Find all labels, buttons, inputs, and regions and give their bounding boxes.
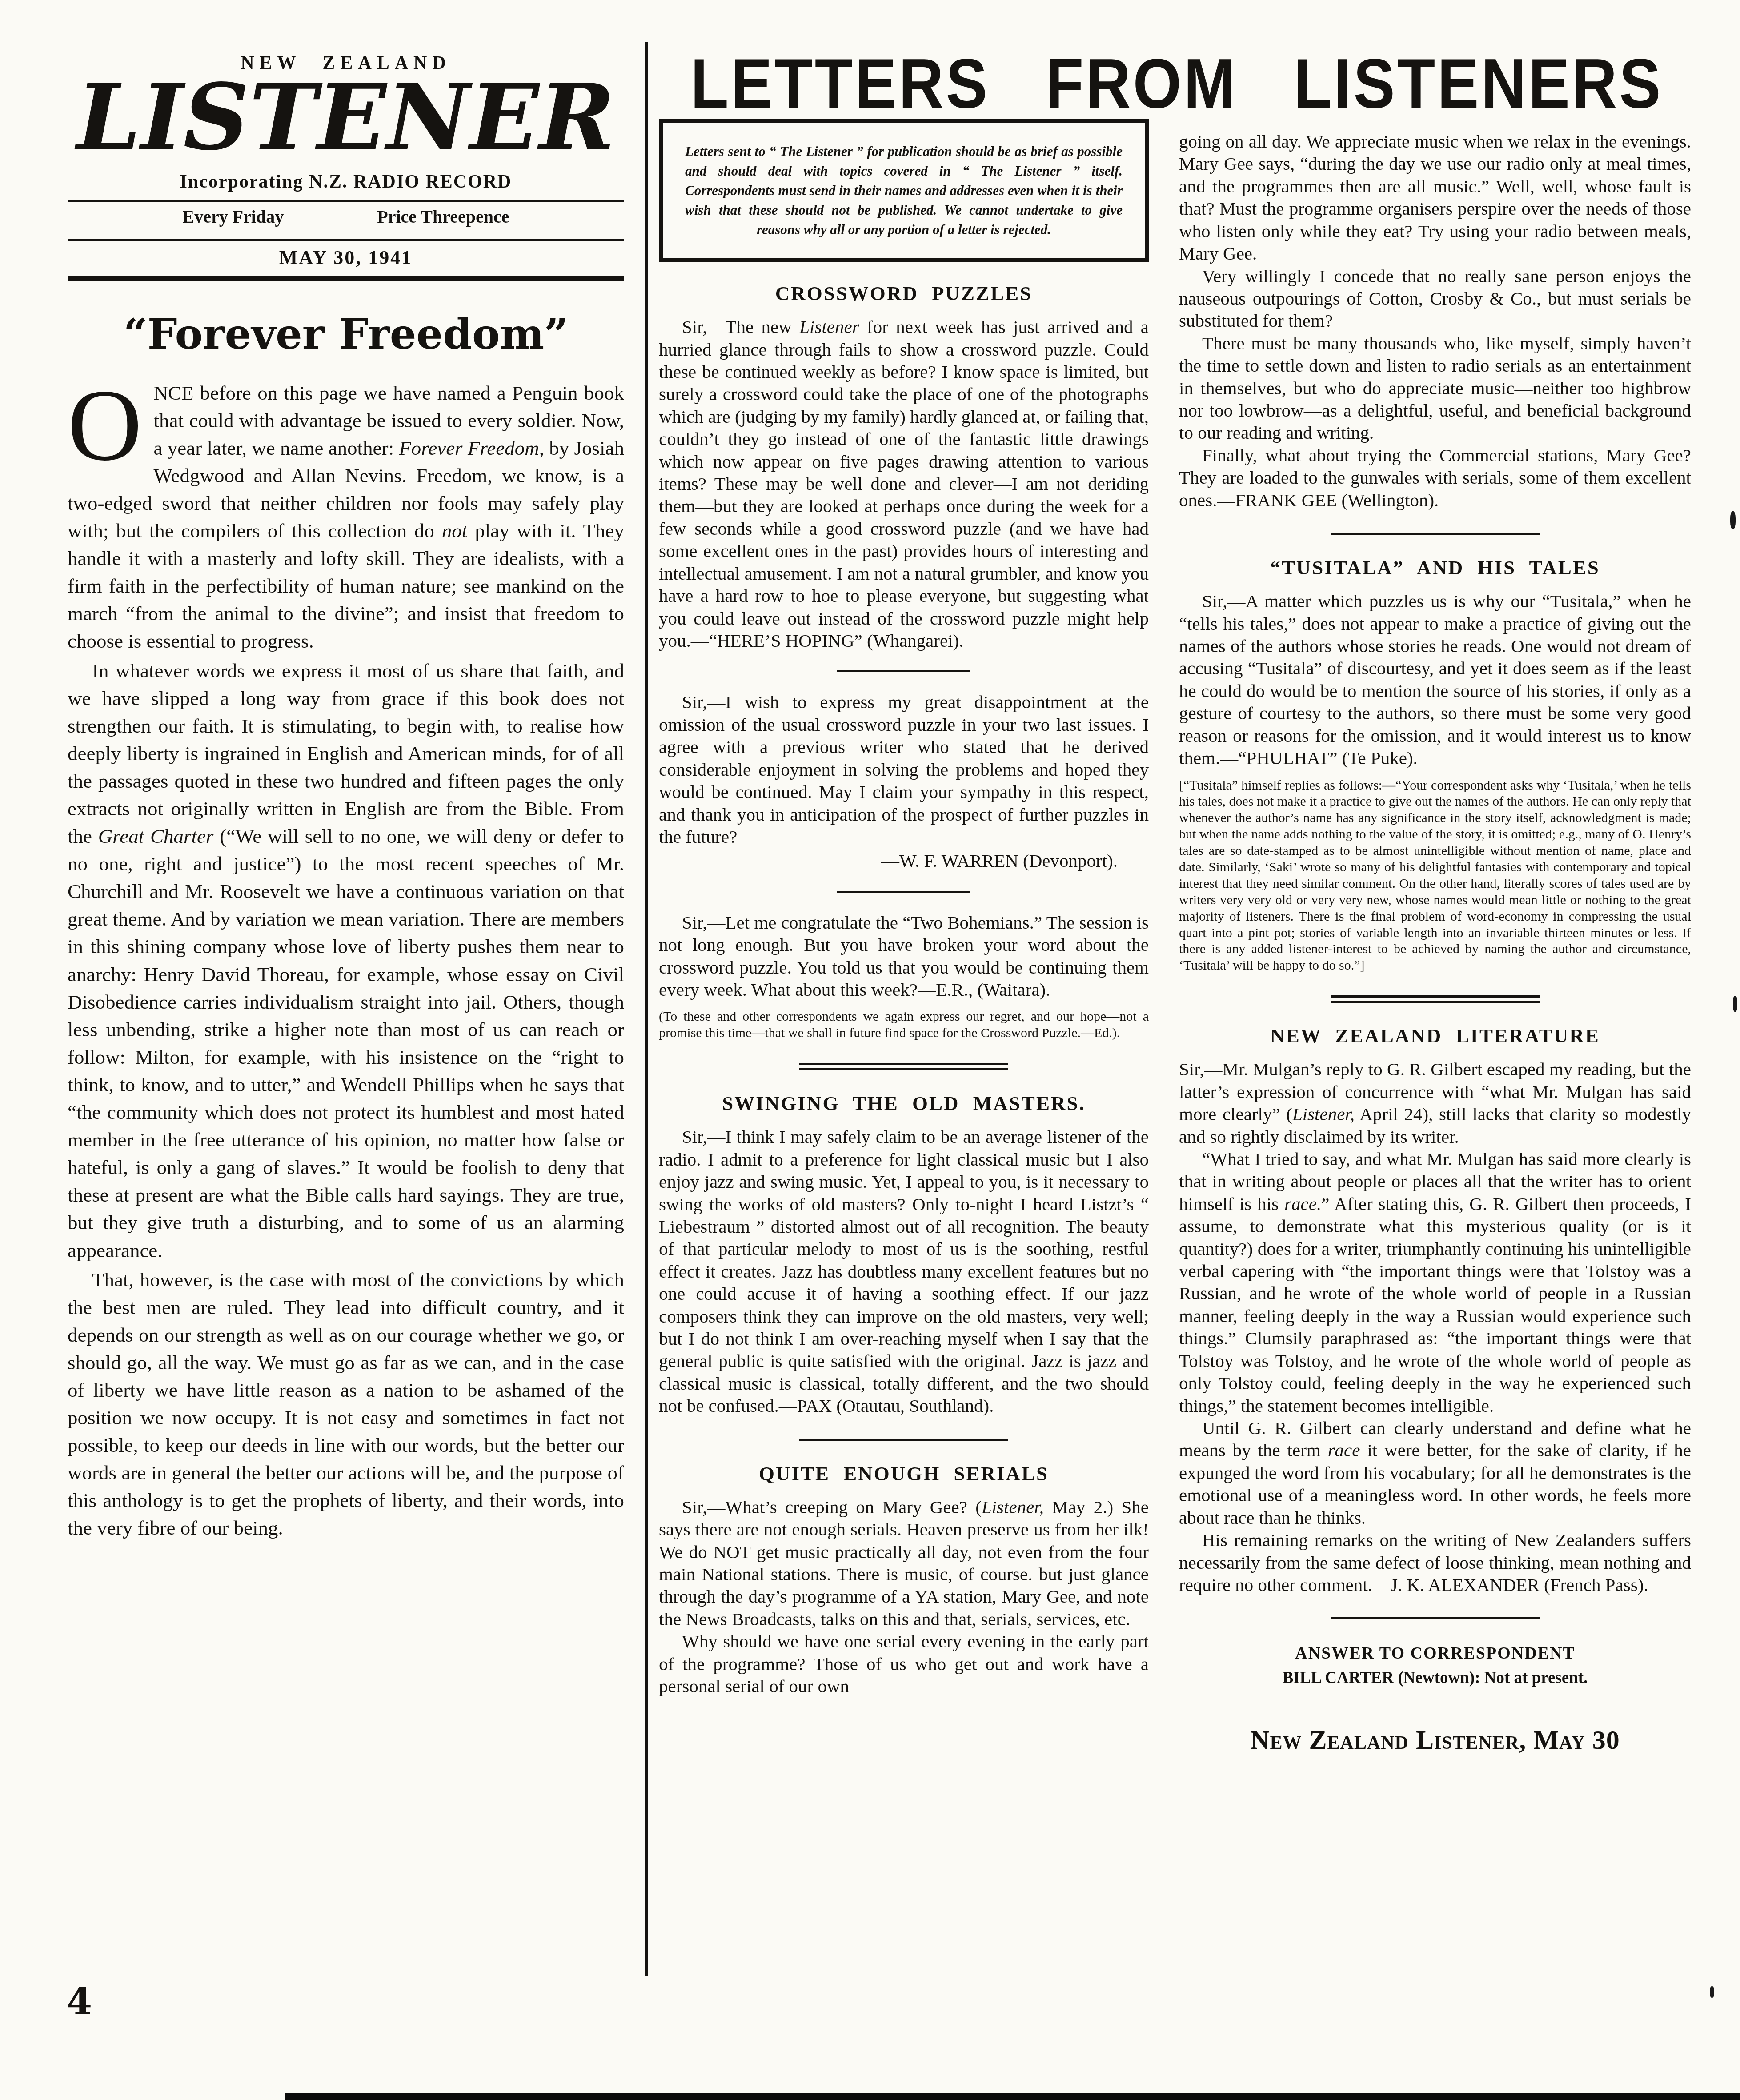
letter-serials-continued: going on all day. We appreciate music wh… xyxy=(1179,130,1691,511)
section-divider-rule xyxy=(799,1063,1008,1070)
letter-text: Why should we have one serial every even… xyxy=(659,1630,1149,1697)
tusitala-editor-reply: [“Tusitala” himself replies as follows:—… xyxy=(1179,777,1691,974)
section-heading-tusitala: “TUSITALA” AND HIS TALES xyxy=(1179,556,1691,579)
letter-swinging: Sir,—I think I may safely claim to be an… xyxy=(659,1126,1149,1417)
section-divider-rule xyxy=(1331,533,1540,535)
section-heading-swinging: SWINGING THE OLD MASTERS. xyxy=(659,1092,1149,1115)
letter-divider-rule xyxy=(837,670,970,672)
letter-text: Until G. R. Gilbert can clearly understa… xyxy=(1179,1417,1691,1529)
drop-cap: O xyxy=(68,379,154,466)
masthead-price: Price Threepence xyxy=(377,206,509,227)
masthead-subtitle: Incorporating N.Z. RADIO RECORD xyxy=(68,171,624,192)
letter-crossword-2: Sir,—I wish to express my great disappoi… xyxy=(659,691,1149,872)
ink-speck xyxy=(1730,511,1736,529)
masthead-date: MAY 30, 1941 xyxy=(68,241,624,276)
letter-text: Sir,—I wish to express my great disappoi… xyxy=(659,691,1149,848)
section-heading-nz-literature: NEW ZEALAND LITERATURE xyxy=(1179,1024,1691,1047)
answer-to-correspondent-line: BILL CARTER (Newtown): Not at present. xyxy=(1179,1668,1691,1687)
editorial-body: ONCE before on this page we have named a… xyxy=(68,379,624,1542)
newspaper-page: LETTERS FROM LISTENERS NEW ZEALAND LISTE… xyxy=(0,0,1740,2100)
masthead-title: LISTENER xyxy=(68,76,624,160)
letter-text: Sir,—The new Listener for next week has … xyxy=(659,316,1149,652)
letter-text: Sir,—What’s creeping on Mary Gee? (Liste… xyxy=(659,1496,1149,1631)
ink-speck xyxy=(1733,996,1737,1012)
section-divider-rule xyxy=(1331,995,1540,1003)
section-heading-serials: QUITE ENOUGH SERIALS xyxy=(659,1462,1149,1485)
letter-text: His remaining remarks on the writing of … xyxy=(1179,1529,1691,1596)
letter-text: Sir,—I think I may safely claim to be an… xyxy=(659,1126,1149,1417)
editorial-paragraph: That, however, is the case with most of … xyxy=(68,1266,624,1542)
editorial-paragraph-lead: ONCE before on this page we have named a… xyxy=(68,379,624,655)
page-footer: New Zealand Listener, May 30 xyxy=(1179,1725,1691,1755)
page-title: LETTERS FROM LISTENERS xyxy=(658,44,1696,124)
letter-crossword-1: Sir,—The new Listener for next week has … xyxy=(659,316,1149,652)
letter-text: Sir,—A matter which puzzles us is why ou… xyxy=(1179,590,1691,769)
masthead-rule-bottom xyxy=(68,276,624,281)
letter-text: going on all day. We appreciate music wh… xyxy=(1179,130,1691,265)
letter-serials: Sir,—What’s creeping on Mary Gee? (Liste… xyxy=(659,1496,1149,1698)
editor-note: (To these and other correspondents we ag… xyxy=(659,1009,1149,1042)
letters-notice-box: Letters sent to “ The Listener ” for pub… xyxy=(659,119,1149,262)
ink-speck xyxy=(1710,1986,1714,1998)
letter-text: Very willingly I concede that no really … xyxy=(1179,265,1691,332)
masthead: NEW ZEALAND LISTENER Incorporating N.Z. … xyxy=(68,52,624,281)
section-divider-rule xyxy=(799,1439,1008,1441)
letter-divider-rule xyxy=(837,891,970,893)
editorial-column: NEW ZEALAND LISTENER Incorporating N.Z. … xyxy=(68,52,624,1542)
letters-column-right: going on all day. We appreciate music wh… xyxy=(1179,130,1691,1755)
letter-text: Finally, what about trying the Commercia… xyxy=(1179,444,1691,511)
page-number: 4 xyxy=(67,1980,92,2023)
letter-text: Sir,—Mr. Mulgan’s reply to G. R. Gilbert… xyxy=(1179,1058,1691,1148)
letter-nz-literature: Sir,—Mr. Mulgan’s reply to G. R. Gilbert… xyxy=(1179,1058,1691,1596)
editorial-title: “Forever Freedom” xyxy=(68,310,624,359)
answer-to-correspondent-heading: ANSWER TO CORRESPONDENT xyxy=(1179,1643,1691,1663)
editorial-paragraph: In whatever words we express it most of … xyxy=(68,657,624,1264)
letter-signature: —W. F. WARREN (Devonport). xyxy=(659,850,1149,872)
letter-text: Sir,—Let me congratulate the “Two Bohemi… xyxy=(659,911,1149,1001)
letters-column-middle: Letters sent to “ The Listener ” for pub… xyxy=(659,119,1149,1698)
column-divider-rule xyxy=(645,42,648,1976)
scan-edge-artifact xyxy=(285,2093,1740,2100)
section-divider-rule xyxy=(1331,1617,1540,1619)
letter-tusitala: Sir,—A matter which puzzles us is why ou… xyxy=(1179,590,1691,974)
letter-crossword-3: Sir,—Let me congratulate the “Two Bohemi… xyxy=(659,911,1149,1042)
masthead-schedule: Every Friday Price Threepence xyxy=(68,202,624,232)
section-heading-crossword: CROSSWORD PUZZLES xyxy=(659,282,1149,305)
letter-text: There must be many thousands who, like m… xyxy=(1179,332,1691,444)
letter-text: “What I tried to say, and what Mr. Mulga… xyxy=(1179,1148,1691,1417)
masthead-frequency: Every Friday xyxy=(182,206,284,227)
